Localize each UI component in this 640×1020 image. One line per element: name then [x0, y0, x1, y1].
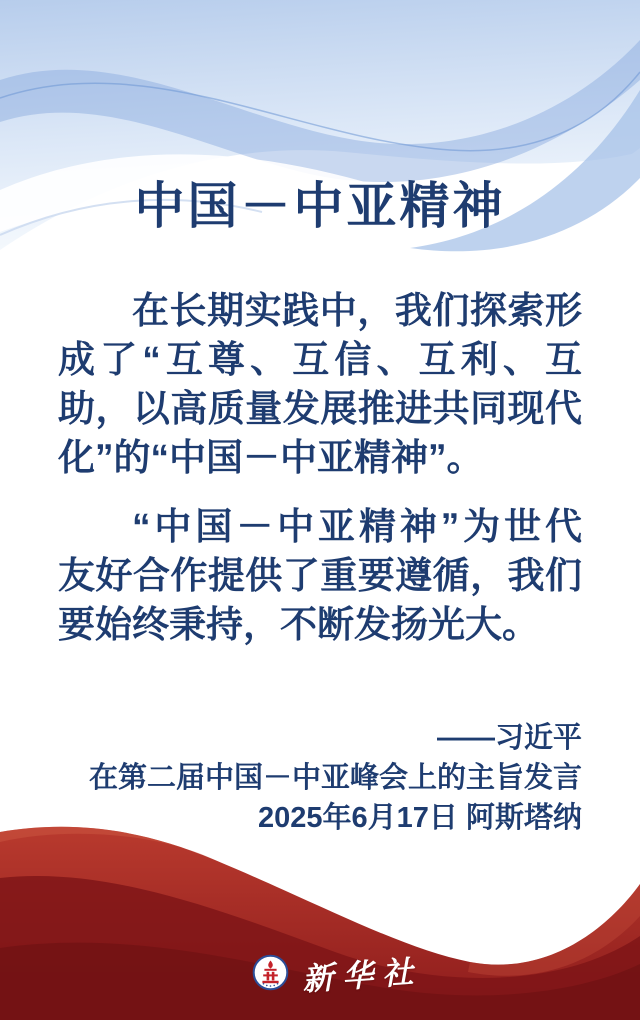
quote-line: 成了“互尊、互信、互利、互	[58, 335, 582, 384]
xinhua-emblem-icon	[252, 954, 289, 991]
attribution-block: ——习近平 在第二届中国－中亚峰会上的主旨发言 2025年6月17日 阿斯塔纳	[58, 718, 582, 838]
page-title: 中国－中亚精神	[0, 178, 640, 234]
quote-line: “中国－中亚精神”为世代	[58, 502, 582, 551]
quote-line: 要始终秉持，不断发扬光大。	[58, 600, 582, 649]
quote-line: 友好合作提供了重要遵循，我们	[58, 551, 582, 600]
quote-line: 化”的“中国－中亚精神”。	[58, 433, 582, 482]
quote-line: 在长期实践中，我们探索形	[58, 286, 582, 335]
attribution-signature: ——习近平	[58, 718, 582, 758]
agency-name: 新华社	[301, 946, 424, 999]
quote-block: 在长期实践中，我们探索形 成了“互尊、互信、互利、互 助，以高质量发展推进共同现…	[58, 286, 582, 649]
xinhua-logo: 新华社	[252, 950, 422, 995]
attribution-source: 在第二届中国－中亚峰会上的主旨发言	[58, 758, 582, 798]
poster: 中国－中亚精神 在长期实践中，我们探索形 成了“互尊、互信、互利、互 助，以高质…	[0, 0, 640, 1020]
attribution-date-location: 2025年6月17日 阿斯塔纳	[58, 798, 582, 838]
quote-line: 助，以高质量发展推进共同现代	[58, 384, 582, 433]
